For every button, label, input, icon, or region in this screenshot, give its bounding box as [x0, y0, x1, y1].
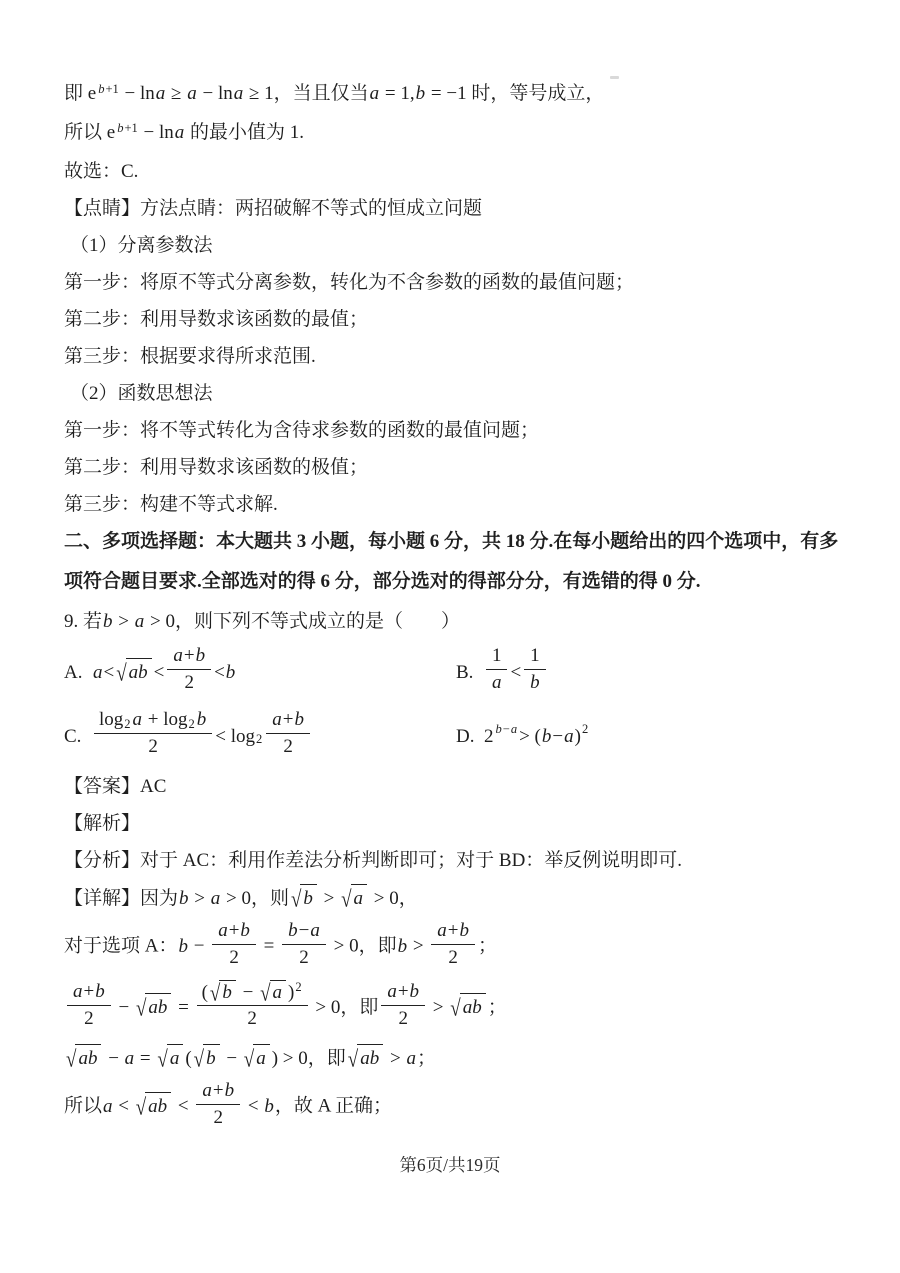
fraction-numerator: a+b [67, 980, 111, 1006]
math-variable: b [195, 645, 207, 666]
text-run: 二、多项选择题：本大题共 3 小题，每小题 6 分，共 18 分.在每小题给出的… [64, 531, 838, 552]
radicand: a [253, 1044, 270, 1072]
math-subscript: 2 [123, 717, 131, 731]
math-variable: b [177, 936, 189, 957]
text-run: < log [215, 723, 255, 750]
math-fraction: log2a + log2b2 [94, 708, 212, 759]
math-variable: a [491, 672, 503, 693]
text-run: < [103, 659, 114, 686]
line-jiexi-label: 【解析】 [64, 810, 854, 837]
math-variable: b [302, 888, 314, 909]
math-variable: a [124, 1048, 136, 1069]
math-fraction: a+b2 [381, 980, 425, 1031]
text-run: > 0， [369, 888, 418, 909]
section-heading-line-2: 项符合题目要求.全部选对的得 6 分，部分选对的得部分分，有选错的得 0 分. [64, 568, 854, 596]
radical-sign-icon: √ [136, 1091, 146, 1124]
text-run: + [283, 709, 294, 730]
question-9-stem: 9. 若b > a > 0，则下列不等式成立的是（ ） [64, 608, 854, 635]
math-variable: b [293, 709, 305, 730]
radical-sign-icon: √ [291, 883, 301, 916]
math-variable: a [272, 982, 284, 1003]
text-run: 2 [247, 1008, 257, 1029]
math-variable: a [210, 888, 222, 909]
math-fraction: a+b2 [266, 708, 310, 759]
math-variable: b [102, 611, 114, 632]
fraction-denominator: 2 [197, 1006, 308, 1031]
math-variable: ab [462, 997, 483, 1018]
radicand: b [203, 1044, 220, 1072]
text-run: > [408, 936, 428, 957]
math-square-root: √b [291, 884, 317, 912]
math-superscript: 2 [581, 716, 589, 743]
fraction-denominator: 2 [212, 945, 256, 970]
math-square-root: √ab [348, 1044, 383, 1072]
math-variable: b [459, 920, 471, 941]
text-run: A. [64, 659, 92, 686]
text-run: ) [288, 982, 294, 1003]
text-run: （1）分离参数法 [70, 235, 213, 256]
text-run: > [428, 997, 448, 1018]
text-run: 所以 [64, 1096, 102, 1117]
text-run: > 0，即 [329, 936, 397, 957]
text-run: + [84, 981, 95, 1002]
math-variable: b [541, 723, 553, 750]
text-run: 第三步：根据要求得所求范围. [64, 346, 316, 367]
math-variable: b [415, 83, 427, 104]
text-run: = [173, 997, 193, 1018]
page-footer: 第6页/共19页 [0, 1152, 900, 1177]
math-square-root: √a [341, 884, 367, 912]
math-variable: a [172, 645, 184, 666]
text-run: 【详解】因为 [64, 888, 178, 909]
radicand: ab [145, 993, 171, 1021]
text-run: = −1 时，等号成立， [426, 83, 604, 104]
text-run: 1 [530, 645, 540, 666]
math-superscript: b+1 [115, 121, 139, 135]
line-equality-condition: 即 eb+1 − lna ≥ a − lna ≥ 1，当且仅当a = 1,b =… [64, 80, 854, 109]
radical-sign-icon: √ [348, 1043, 358, 1076]
text-run: ) > 0，即 [272, 1048, 346, 1069]
text-run: + [229, 920, 240, 941]
text-run: +1 [124, 121, 137, 135]
math-variable: a [155, 83, 167, 104]
radicand: ab [126, 658, 152, 686]
line-answer-choice-8: 故选：C. [64, 158, 854, 185]
radical-sign-icon: √ [136, 992, 146, 1025]
math-variable: a [201, 1080, 213, 1101]
math-variable: ab [147, 1096, 168, 1117]
fraction-numerator: (√b − √a)2 [197, 980, 308, 1007]
radicand: a [167, 1044, 184, 1072]
math-variable: a [271, 709, 283, 730]
math-square-root: √ab [66, 1044, 101, 1072]
text-run: = 1, [380, 83, 414, 104]
math-variable: b [221, 982, 233, 1003]
math-fraction: a+b2 [431, 919, 475, 970]
math-variable: b [196, 709, 208, 730]
text-run: > [190, 888, 210, 909]
math-variable: b [178, 888, 190, 909]
math-variable: a [386, 981, 398, 1002]
line-option-a-step-1: 对于选项 A：b − a+b2 = b−a2 > 0，即b > a+b2； [64, 922, 854, 973]
math-variable: b [239, 920, 251, 941]
text-run: > ( [519, 723, 541, 750]
fraction-numerator: 1 [486, 644, 508, 670]
fraction-numerator: 1 [524, 644, 546, 670]
text-run: − ln [120, 83, 155, 104]
text-run: + [448, 920, 459, 941]
text-run: ≥ [166, 83, 186, 104]
text-run: = [259, 936, 279, 957]
math-square-root: √ab [116, 658, 151, 686]
math-square-root: √ab [136, 1092, 171, 1120]
math-variable: a [233, 83, 245, 104]
math-variable: a [134, 611, 146, 632]
question-9-options-row-ab-col1: A. a < √ab < a+b2 < b [64, 647, 456, 698]
math-fraction: (√b − √a)22 [197, 980, 308, 1032]
text-run: 2 [398, 1008, 408, 1029]
text-run: − [189, 936, 209, 957]
text-run: − ln [198, 83, 233, 104]
math-variable: a [309, 920, 321, 941]
radical-sign-icon: √ [66, 1043, 76, 1076]
text-run: − [222, 1048, 242, 1069]
text-run: 【解析】 [64, 813, 140, 834]
text-run: − [103, 1048, 123, 1069]
text-run: 2 [84, 1008, 94, 1029]
math-fraction: a+b2 [212, 919, 256, 970]
text-run: 故选：C. [64, 161, 138, 182]
line-method-2-step-2: 第二步：利用导数求该函数的极值； [64, 454, 854, 481]
text-run: − ln [139, 122, 174, 143]
text-run: 项符合题目要求.全部选对的得 6 分，部分选对的得部分分，有选错的得 0 分. [64, 571, 701, 592]
text-run: 1 [492, 645, 502, 666]
math-variable: b [494, 722, 502, 736]
radicand: b [300, 884, 317, 912]
fraction-numerator: a+b [167, 644, 211, 670]
math-variable: a [255, 1048, 267, 1069]
line-method-2-step-1: 第一步：将不等式转化为含待求参数的函数的最值问题； [64, 417, 854, 444]
math-variable: b [529, 672, 541, 693]
radical-sign-icon: √ [341, 883, 351, 916]
line-method-2-title: （2）函数思想法 [64, 380, 854, 407]
math-square-root: √ab [450, 993, 485, 1021]
math-variable: a [174, 122, 186, 143]
radicand: ab [145, 1092, 171, 1120]
text-run: + [398, 981, 409, 1002]
section-heading-line-1: 二、多项选择题：本大题共 3 小题，每小题 6 分，共 18 分.在每小题给出的… [64, 528, 854, 556]
math-variable: b [205, 1048, 217, 1069]
text-run: 的最小值为 1. [185, 122, 304, 143]
math-variable: a [510, 722, 518, 736]
text-run: +1 [105, 82, 118, 96]
math-variable: b [263, 1096, 275, 1117]
text-run: ； [478, 936, 497, 957]
text-run: 所以 e [64, 122, 115, 143]
text-run: > 0，则 [221, 888, 289, 909]
radical-sign-icon: √ [210, 979, 220, 1008]
text-run: > 0，即 [311, 997, 379, 1018]
question-9-options-row-ab: A. a < √ab < a+b2 < bB. 1a < 1b [64, 645, 854, 699]
line-option-a-step-2: a+b2 − √ab = (√b − √a)22 > 0，即a+b2 > √ab… [64, 983, 854, 1035]
radical-sign-icon: √ [157, 1043, 167, 1076]
math-variable: a [72, 981, 84, 1002]
line-method-1-step-3: 第三步：根据要求得所求范围. [64, 343, 854, 370]
math-variable: ab [359, 1048, 380, 1069]
document-page: 即 eb+1 − lna ≥ a − lna ≥ 1，当且仅当a = 1,b =… [0, 0, 900, 1273]
math-square-root: √a [157, 1044, 183, 1072]
math-subscript: 2 [187, 717, 195, 731]
line-answer-9: 【答案】AC [64, 773, 854, 800]
math-variable: a [131, 709, 143, 730]
line-option-a-conclusion: 所以a < √ab < a+b2 < b，故 A 正确； [64, 1082, 854, 1133]
radical-sign-icon: √ [244, 1043, 254, 1076]
question-9-options-row-cd: C. log2a + log2b2 < log2a+b2D. 2b−a > (b… [64, 709, 854, 763]
text-run: + log [143, 709, 188, 730]
fraction-denominator: 2 [266, 734, 310, 759]
math-subscript: 2 [255, 726, 263, 753]
math-variable: a [169, 1048, 181, 1069]
fraction-numerator: a+b [431, 919, 475, 945]
text-run: ，故 A 正确； [275, 1096, 392, 1117]
radicand: ab [460, 993, 486, 1021]
line-method-1-step-2: 第二步：利用导数求该函数的最值； [64, 306, 854, 333]
radical-sign-icon: √ [450, 992, 460, 1025]
text-run: （2）函数思想法 [70, 383, 213, 404]
line-dianjing-heading: 【点睛】方法点睛：两招破解不等式的恒成立问题 [64, 195, 854, 222]
fraction-denominator: 2 [196, 1105, 240, 1130]
text-run: 9. 若 [64, 611, 102, 632]
question-9-options-row-ab-col2: B. 1a < 1b [456, 647, 854, 698]
line-option-a-step-3: √ab − a = √a(√b − √a) > 0，即√ab > a； [64, 1044, 854, 1072]
math-fraction: 1a [486, 644, 508, 695]
line-xiangjie: 【详解】因为b > a > 0，则√b > √a > 0， [64, 884, 854, 912]
text-run: − [299, 920, 310, 941]
math-fraction: 1b [524, 644, 546, 695]
text-run: 即 e [64, 83, 96, 104]
text-run: C. [64, 723, 91, 750]
text-run: 2 [184, 672, 194, 693]
math-fraction: a+b2 [67, 980, 111, 1031]
fraction-numerator: a+b [381, 980, 425, 1006]
math-fraction: a+b2 [167, 644, 211, 695]
math-square-root: √b [194, 1044, 220, 1072]
fraction-denominator: 2 [431, 945, 475, 970]
text-run: B. [456, 659, 483, 686]
text-run: 【答案】AC [64, 776, 166, 797]
radicand: a [351, 884, 368, 912]
text-run: ( [202, 982, 208, 1003]
text-run: 2 [448, 947, 458, 968]
math-square-root: √ab [136, 993, 171, 1021]
text-run: 对于选项 A： [64, 936, 177, 957]
math-variable: ab [147, 997, 168, 1018]
text-run: − [114, 997, 134, 1018]
radicand: a [270, 980, 287, 1005]
math-square-root: √a [244, 1044, 270, 1072]
text-run: ≥ 1，当且仅当 [244, 83, 368, 104]
math-variable: a [217, 920, 229, 941]
text-run: ； [488, 997, 507, 1018]
text-run: > 0，则下列不等式成立的是（ ） [145, 611, 460, 632]
text-run: 第一步：将原不等式分离参数，转化为不含参数的函数的最值问题； [64, 272, 634, 293]
text-run: 2 [214, 1107, 224, 1128]
radicand: ab [75, 1044, 101, 1072]
math-variable: a [92, 659, 104, 686]
math-square-root: √b [210, 980, 236, 1005]
question-9-options-row-cd-col1: C. log2a + log2b2 < log2a+b2 [64, 711, 456, 762]
fraction-numerator: b−a [282, 919, 326, 945]
math-variable: b [225, 659, 237, 686]
text-run: < [510, 659, 521, 686]
text-run: 【分析】对于 AC：利用作差法分析判断即可；对于 BD：举反例说明即可. [64, 850, 682, 871]
math-variable: b [397, 936, 409, 957]
text-run: 第三步：构建不等式求解. [64, 494, 278, 515]
text-run: + [184, 645, 195, 666]
text-run: = [135, 1048, 155, 1069]
text-run: > [114, 611, 134, 632]
radical-sign-icon: √ [260, 979, 270, 1008]
page-number: 第6页/共19页 [399, 1155, 500, 1175]
text-run: < [214, 659, 225, 686]
radicand: ab [357, 1044, 383, 1072]
text-run: − [503, 722, 510, 736]
math-variable: a [369, 83, 381, 104]
math-superscript: b−a [493, 716, 519, 743]
question-9-options-row-cd-col2: D. 2b−a > (b − a)2 [456, 723, 854, 750]
math-fraction: a+b2 [196, 1079, 240, 1130]
text-run: > [385, 1048, 405, 1069]
document-body: 即 eb+1 − lna ≥ a − lna ≥ 1，当且仅当a = 1,b =… [64, 80, 854, 1133]
text-run: 第二步：利用导数求该函数的极值； [64, 457, 368, 478]
math-variable: a [405, 1048, 417, 1069]
math-variable: b [224, 1080, 236, 1101]
text-run: > [319, 888, 339, 909]
math-variable: a [436, 920, 448, 941]
text-run: < [243, 1096, 263, 1117]
fraction-denominator: 2 [67, 1006, 111, 1031]
math-variable: ab [128, 662, 149, 683]
text-run: 第二步：利用导数求该函数的最值； [64, 309, 368, 330]
text-run: 2 [229, 947, 239, 968]
math-variable: b [94, 981, 106, 1002]
text-run: + [213, 1080, 224, 1101]
radicand: b [219, 980, 236, 1005]
math-variable: b [287, 920, 299, 941]
line-fenxi: 【分析】对于 AC：利用作差法分析判断即可；对于 BD：举反例说明即可. [64, 847, 854, 874]
math-variable: ab [77, 1048, 98, 1069]
text-run: ( [185, 1048, 191, 1069]
text-run: ； [417, 1048, 436, 1069]
fraction-numerator: a+b [266, 708, 310, 734]
text-run: D. 2 [456, 723, 493, 750]
fraction-denominator: 2 [167, 670, 211, 695]
math-variable: a [353, 888, 365, 909]
math-square-root: √a [260, 980, 286, 1005]
fraction-denominator: 2 [94, 734, 212, 759]
fraction-numerator: a+b [196, 1079, 240, 1105]
line-minimum-value: 所以 eb+1 − lna 的最小值为 1. [64, 119, 854, 148]
math-superscript: b+1 [96, 82, 120, 96]
math-fraction: b−a2 [282, 919, 326, 970]
radical-sign-icon: √ [116, 657, 126, 690]
math-variable: a [186, 83, 198, 104]
line-method-1-title: （1）分离参数法 [64, 232, 854, 259]
text-run: 2 [283, 736, 293, 757]
fraction-numerator: log2a + log2b [94, 708, 212, 734]
fraction-numerator: a+b [212, 919, 256, 945]
math-variable: a [102, 1096, 114, 1117]
text-run: − [552, 723, 563, 750]
text-run: log [99, 709, 123, 730]
text-run: < [173, 1096, 193, 1117]
text-run: 第一步：将不等式转化为含待求参数的函数的最值问题； [64, 420, 539, 441]
math-variable: a [563, 723, 575, 750]
text-run: 【点睛】方法点睛：两招破解不等式的恒成立问题 [64, 198, 482, 219]
fraction-denominator: 2 [381, 1006, 425, 1031]
fraction-denominator: b [524, 670, 546, 695]
math-superscript: 2 [294, 980, 302, 994]
fraction-denominator: a [486, 670, 508, 695]
text-run: 2 [299, 947, 309, 968]
text-run: < [114, 1096, 134, 1117]
text-run: < [154, 659, 165, 686]
text-run: 2 [148, 736, 158, 757]
line-method-2-step-3: 第三步：构建不等式求解. [64, 491, 854, 518]
fraction-denominator: 2 [282, 945, 326, 970]
text-run: − [238, 982, 258, 1003]
scan-artifact-mark [610, 76, 619, 79]
radical-sign-icon: √ [194, 1043, 204, 1076]
line-method-1-step-1: 第一步：将原不等式分离参数，转化为不含参数的函数的最值问题； [64, 269, 854, 296]
math-variable: b [409, 981, 421, 1002]
